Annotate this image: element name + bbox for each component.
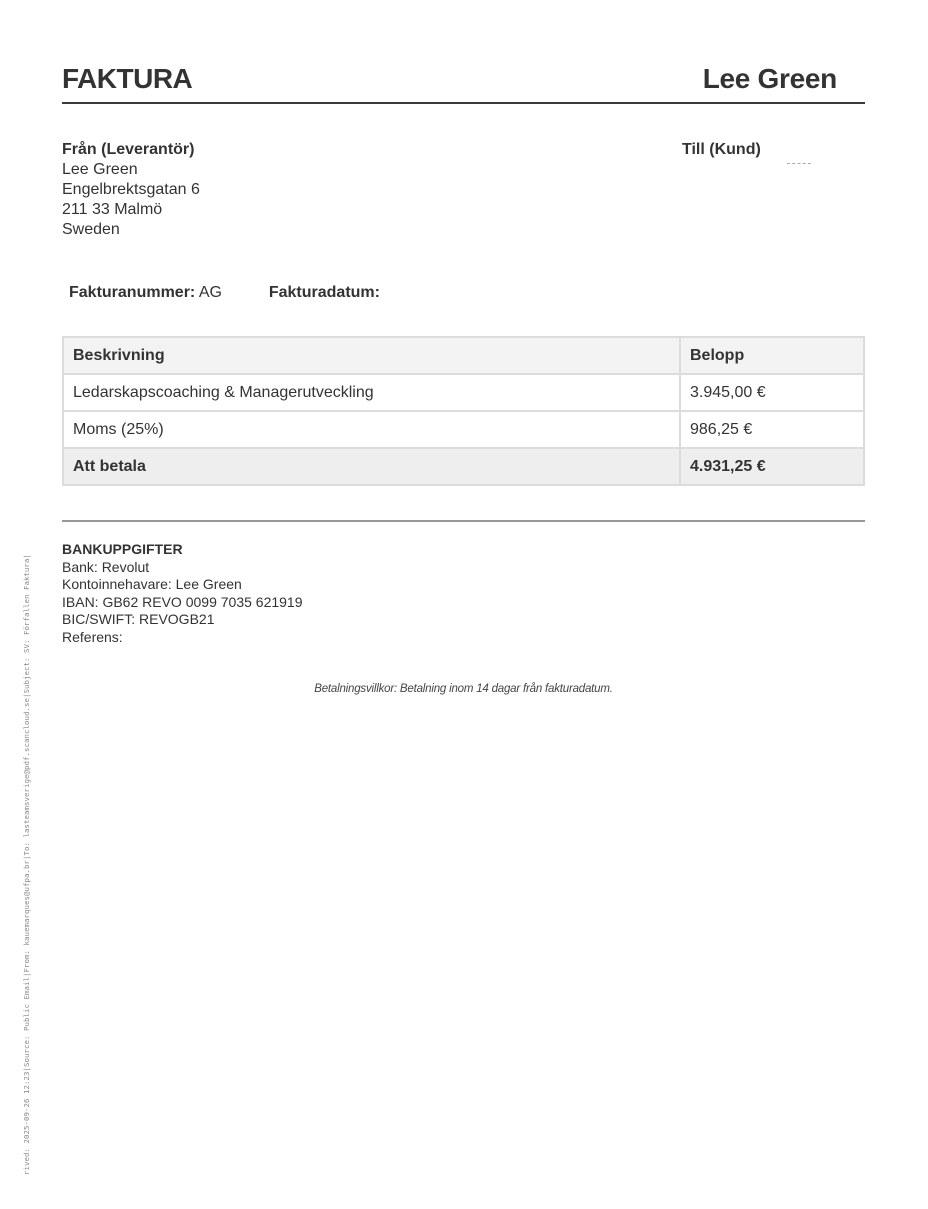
- iban: IBAN: GB62 REVO 0099 7035 621919: [62, 594, 303, 612]
- customer-heading: Till (Kund): [682, 140, 761, 160]
- invoice-number-value: AG: [199, 284, 222, 301]
- supplier-street: Engelbrektsgatan 6: [62, 180, 200, 200]
- supplier-heading: Från (Leverantör): [62, 140, 200, 160]
- invoice-header: FAKTURA Lee Green: [62, 60, 865, 104]
- customer-clipped-text: [787, 163, 811, 166]
- vertical-metadata-stamp: rived: 2025-09-26 12:23|Source: Public E…: [22, 554, 31, 1175]
- table-row: Moms (25%) 986,25 €: [63, 411, 864, 448]
- invoice-number-label: Fakturanummer:: [69, 284, 195, 301]
- invoice-date-label: Fakturadatum:: [269, 284, 380, 301]
- customer-block: Till (Kund): [682, 140, 761, 160]
- supplier-country: Sweden: [62, 220, 200, 240]
- payment-terms: Betalningsvillkor: Betalning inom 14 dag…: [62, 683, 865, 695]
- invoice-meta: Fakturanummer: AG Fakturadatum:: [69, 283, 380, 303]
- payment-reference: Referens:: [62, 629, 303, 647]
- total-label: Att betala: [63, 448, 680, 485]
- column-header-amount: Belopp: [680, 337, 864, 374]
- bank-details: BANKUPPGIFTER Bank: Revolut Kontoinnehav…: [62, 541, 303, 647]
- bank-heading: BANKUPPGIFTER: [62, 541, 303, 559]
- column-header-description: Beskrivning: [63, 337, 680, 374]
- account-holder: Kontoinnehavare: Lee Green: [62, 576, 303, 594]
- supplier-city: 211 33 Malmö: [62, 200, 200, 220]
- supplier-block: Från (Leverantör) Lee Green Engelbrektsg…: [62, 140, 200, 240]
- bic-swift: BIC/SWIFT: REVOGB21: [62, 611, 303, 629]
- row-amount: 986,25 €: [680, 411, 864, 448]
- total-amount: 4.931,25 €: [680, 448, 864, 485]
- header-supplier-name: Lee Green: [703, 63, 837, 95]
- section-divider: [62, 520, 865, 522]
- document-title: FAKTURA: [62, 63, 192, 95]
- row-amount: 3.945,00 €: [680, 374, 864, 411]
- table-row: Ledarskapscoaching & Managerutveckling 3…: [63, 374, 864, 411]
- line-items-table: Beskrivning Belopp Ledarskapscoaching & …: [62, 336, 865, 486]
- supplier-name: Lee Green: [62, 160, 200, 180]
- row-description: Ledarskapscoaching & Managerutveckling: [63, 374, 680, 411]
- row-description: Moms (25%): [63, 411, 680, 448]
- bank-name: Bank: Revolut: [62, 559, 303, 577]
- total-row: Att betala 4.931,25 €: [63, 448, 864, 485]
- table-header-row: Beskrivning Belopp: [63, 337, 864, 374]
